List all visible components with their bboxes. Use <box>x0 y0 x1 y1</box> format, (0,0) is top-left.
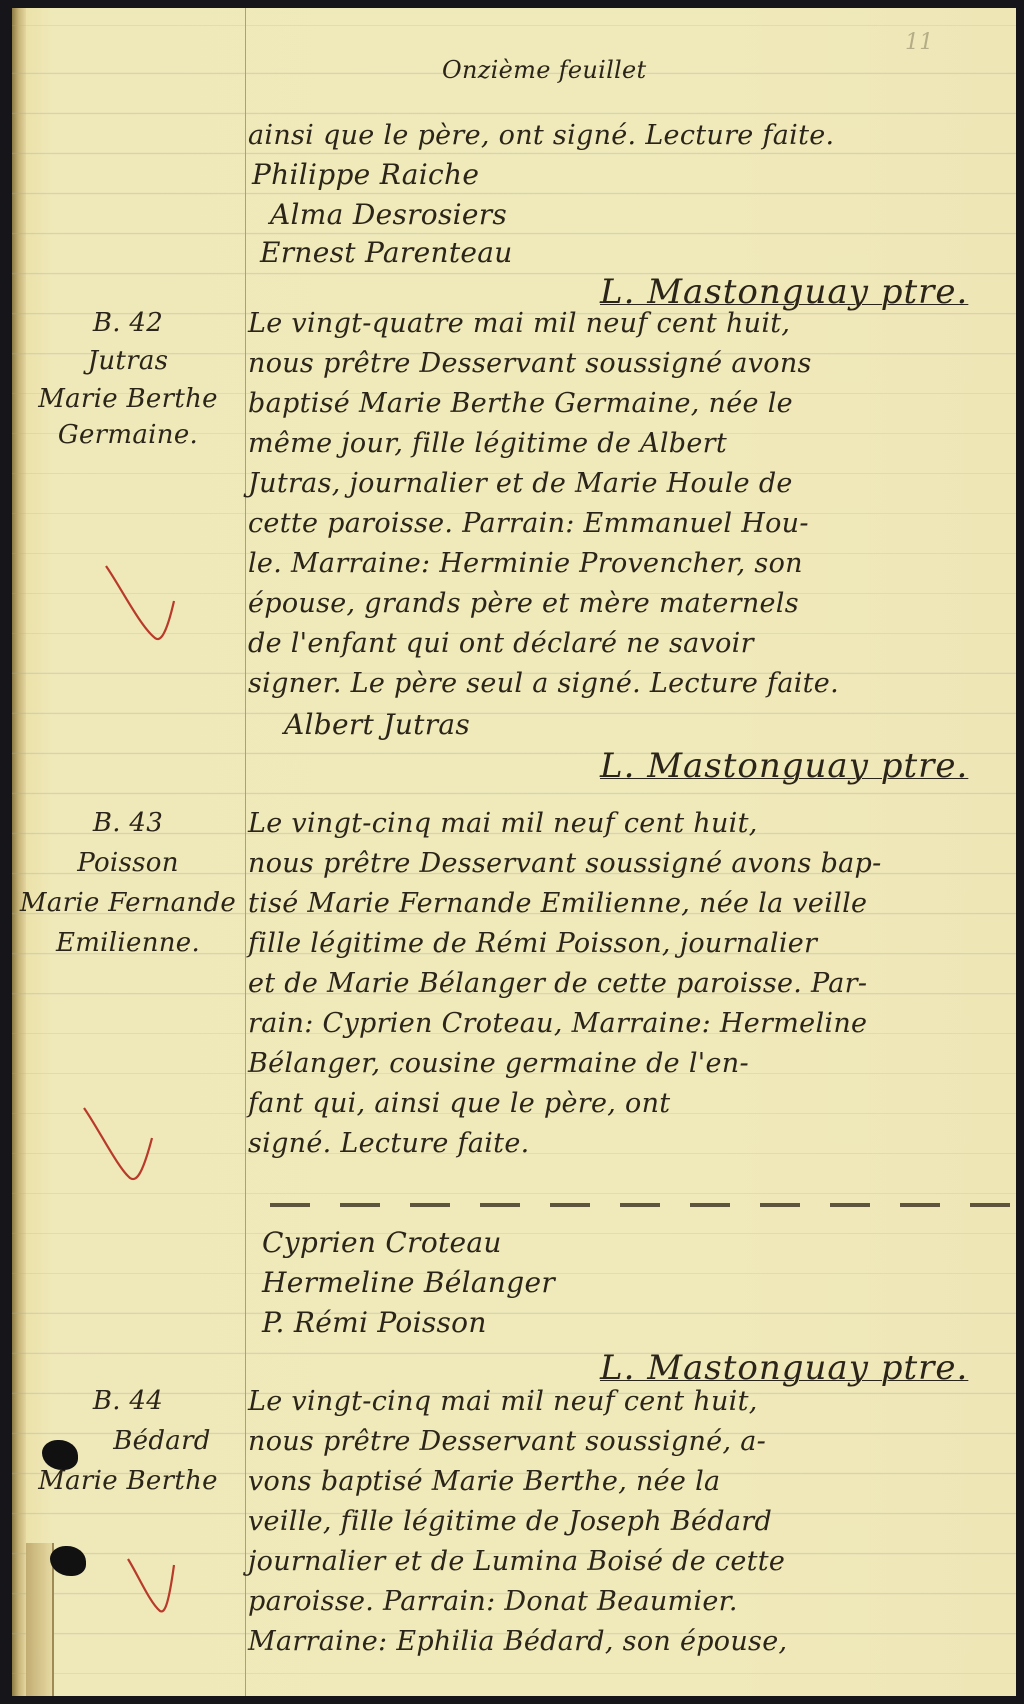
continuation-line: ainsi que le père, ont signé. Lecture fa… <box>248 120 834 151</box>
entry-line: et de Marie Bélanger de cette paroisse. … <box>248 968 867 999</box>
entry-line: épouse, grands père et mère maternels <box>248 588 799 619</box>
entry-line: nous prêtre Desservant soussigné, a- <box>248 1426 766 1457</box>
signature: Albert Jutras <box>284 708 470 741</box>
entry-line: Le vingt-quatre mai mil neuf cent huit, <box>248 308 790 339</box>
priest-signature: L. Mastonguay ptre. <box>600 746 968 786</box>
page-number: 11 <box>905 30 934 55</box>
entry-line: fant qui, ainsi que le père, ont <box>248 1088 670 1119</box>
entry-given-names: Marie Fernande <box>18 888 238 918</box>
entry-line: même jour, fille légitime de Albert <box>248 428 727 459</box>
entry-given-names: Marie Berthe <box>18 384 238 414</box>
entry-line: le. Marraine: Herminie Provencher, son <box>248 548 803 579</box>
signature: P. Rémi Poisson <box>262 1306 487 1339</box>
entry-line: Jutras, journalier et de Marie Houle de <box>248 468 793 499</box>
entry-line: baptisé Marie Berthe Germaine, née le <box>248 388 793 419</box>
entry-line: Le vingt-cinq mai mil neuf cent huit, <box>248 808 758 839</box>
entry-line: signé. Lecture faite. <box>248 1128 529 1159</box>
entry-given-names: Emilienne. <box>18 928 238 958</box>
signature: Cyprien Croteau <box>262 1226 502 1259</box>
entry-line: Le vingt-cinq mai mil neuf cent huit, <box>248 1386 758 1417</box>
entry-line: journalier et de Lumina Boisé de cette <box>248 1546 785 1577</box>
entry-surname: Jutras <box>18 346 238 376</box>
signature: Ernest Parenteau <box>260 236 513 269</box>
entry-number: B. 42 <box>18 308 238 338</box>
entry-line: cette paroisse. Parrain: Emmanuel Hou- <box>248 508 809 539</box>
signature: Hermeline Bélanger <box>262 1266 555 1299</box>
entry-line: veille, fille légitime de Joseph Bédard <box>248 1506 772 1537</box>
signature: Philippe Raiche <box>252 158 479 191</box>
entry-line: nous prêtre Desservant soussigné avons b… <box>248 848 882 879</box>
page-heading: Onzième feuillet <box>442 56 646 84</box>
entry-line: vons baptisé Marie Berthe, née la <box>248 1466 720 1497</box>
register-page: 11 Onzième feuillet ainsi que le père, o… <box>12 8 1016 1696</box>
entry-line: Bélanger, cousine germaine de l'en- <box>248 1048 749 1079</box>
priest-signature: L. Mastonguay ptre. <box>600 1348 968 1388</box>
entry-line: rain: Cyprien Croteau, Marraine: Hermeli… <box>248 1008 867 1039</box>
dash-filler-line <box>270 1203 1010 1207</box>
entry-line: signer. Le père seul a signé. Lecture fa… <box>248 668 839 699</box>
entry-surname: Poisson <box>18 848 238 878</box>
check-mark-icon <box>124 1553 184 1623</box>
signature: Alma Desrosiers <box>270 198 507 231</box>
entry-number: B. 43 <box>18 808 238 838</box>
entry-line: tisé Marie Fernande Emilienne, née la ve… <box>248 888 867 919</box>
entry-surname: Bédard <box>52 1426 272 1456</box>
entry-given-names: Marie Berthe <box>18 1466 238 1496</box>
check-mark-icon <box>100 556 180 646</box>
torn-page-edge <box>26 1543 54 1696</box>
entry-line: de l'enfant qui ont déclaré ne savoir <box>248 628 754 659</box>
entry-number: B. 44 <box>18 1386 238 1416</box>
entry-line: Marraine: Ephilia Bédard, son épouse, <box>248 1626 787 1657</box>
priest-signature: L. Mastonguay ptre. <box>600 272 968 312</box>
entry-given-names: Germaine. <box>18 420 238 450</box>
check-mark-icon <box>78 1098 158 1188</box>
entry-line: paroisse. Parrain: Donat Beaumier. <box>248 1586 738 1617</box>
entry-line: fille légitime de Rémi Poisson, journali… <box>248 928 817 959</box>
entry-line: nous prêtre Desservant soussigné avons <box>248 348 812 379</box>
